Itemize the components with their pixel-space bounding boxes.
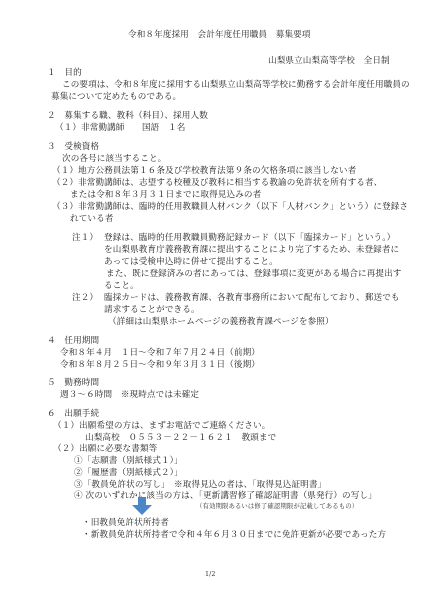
section-3-item: （２）非常勤講師は、志望する校種及び教科に相当する教諭の免許状を所有する者、	[52, 178, 382, 189]
down-arrow-icon	[132, 497, 152, 515]
section-3-item: （３）非常勤講師は、臨時的任用教職員人材バンク（以下「人材バンク」という）に登録…	[52, 202, 408, 213]
section-3-item: （１）地方公務員法第１６条及び学校教育法第９条の欠格条項に該当しない者	[52, 166, 356, 177]
section-6-heading: ６ 出願手続	[47, 409, 99, 420]
section-4-period: 令和８年８月２５日～令和９年３月３１日（後期）	[60, 360, 260, 371]
section-6-item: （２）出願に必要な書類等	[53, 444, 157, 455]
note-1-text: また、既に登録済みの者にあっては、登録事項に変更がある場合に再提出す	[106, 269, 402, 280]
required-document: ③「教員免許状の写し」 ※取得見込の者は、「取得見込証明書」	[74, 480, 326, 491]
section-4-period: 令和８年４月 １日～令和７年７月２４日（前期）	[60, 348, 260, 359]
note-1-text: を山梨県教育庁義務教育課に提出することにより完了するため、未登録者に	[104, 245, 399, 256]
section-3-item: または令和８年３月３１日までに取得見込みの者	[70, 190, 261, 201]
note-1-label: 注１）	[72, 233, 98, 244]
section-1-body: この要項は、令和８年度に採用する山梨県立山梨高等学校に勤務する会計年度任用職員の	[62, 80, 410, 91]
section-3-intro: 次の各号に該当すること。	[62, 154, 166, 165]
section-4-heading: ４ 任用期間	[47, 336, 99, 347]
section-3-item: れている者	[70, 214, 113, 225]
section-5-heading: ５ 勤務時間	[47, 378, 99, 389]
section-3-heading: ３ 受検資格	[47, 142, 99, 153]
required-document-note: （有効期限あるいは修了確認期限が記載してあるもの）	[196, 502, 358, 511]
section-6-item: （１）出願希望の方は、まずお電話でご連絡ください。	[53, 421, 270, 432]
section-5-hours: 週３～６時間 ※現時点では未確定	[60, 390, 199, 401]
required-document: ①「志願書（別紙様式１）」	[74, 456, 183, 467]
note-1-text: ること。	[104, 281, 139, 292]
bullet-item: ・新教員免許状所持者で令和４年６月３０日までに免許更新が必要であった方	[82, 530, 386, 541]
section-1-body: 募集について定めたものである。	[51, 92, 181, 103]
bullet-item: ・旧教員免許状所持者	[82, 518, 169, 529]
note-2-label: 注２）	[72, 293, 98, 304]
page-number: 1/2	[205, 570, 216, 579]
section-1-heading: １ 目的	[47, 68, 82, 79]
note-1-text: 登録は、臨時的任用教職員勤務記録カード（以下「臨採カード」という。）	[104, 233, 395, 244]
section-2-heading: ２ 募集する職、教科（科目）、採用人数	[47, 111, 208, 122]
note-2-text: （詳細は山梨県ホームページの義務教育課ページを参照）	[108, 317, 334, 328]
issuer: 山梨県立山梨高等学校 全日制	[268, 56, 390, 67]
note-1-text: あっては受検申込時に併せて提出すること。	[104, 257, 278, 268]
section-2-item: （１）非常勤講師 国語 １名	[55, 123, 185, 134]
note-2-text: 請求することができる。	[104, 305, 200, 316]
contact-phone: 山梨高校 ０５５３－２２－１６２１ 教頭まで	[85, 433, 276, 444]
document-title: 令和８年度採用 会計年度任用職員 募集要項	[128, 30, 311, 41]
note-2-text: 臨採カードは、義務教育課、各教育事務所において配布しており、郵送でも	[104, 293, 400, 304]
required-document: ②「履歴書（別紙様式２）」	[74, 468, 183, 479]
required-document: ④ 次のいずれかに該当の方は、「更新講習修了確認証明書（県発行）の写し」	[74, 491, 377, 502]
